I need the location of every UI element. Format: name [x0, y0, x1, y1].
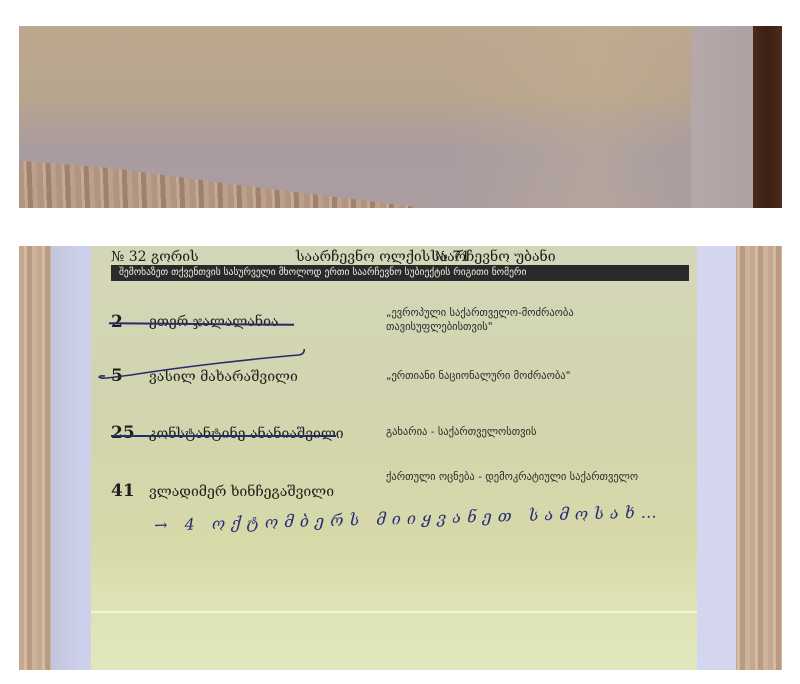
- candidate-row: 25 კონსტანტინე ანანიაშვილი გახარია - საქ…: [91, 418, 697, 458]
- instruction-bar: შემოხაზეთ თქვენთვის სასურველი მხოლოდ ერთ…: [111, 265, 689, 281]
- candidate-row: 5 ვასილ მახარაშვილი „ერთიანი ნაციონალური…: [91, 361, 697, 401]
- paper-highlight: [449, 26, 694, 208]
- district-label: № 32 გორის: [111, 249, 199, 265]
- candidate-party: გახარია - საქართველოსთვის: [386, 425, 656, 439]
- candidate-party: „ევროპული საქართველო-მოძრაობა თავისუფლებ…: [386, 306, 656, 334]
- strike-through-curve: [91, 349, 321, 389]
- candidate-row: 41 ვლადიმერ ხინჩეგაშვილი ქართული ოცნება …: [91, 468, 697, 508]
- wood-table-right: [732, 246, 782, 670]
- strike-through-line: [111, 435, 336, 437]
- candidate-number: 41: [111, 481, 135, 501]
- candidate-name: კონსტანტინე ანანიაშვილი: [149, 426, 344, 442]
- bottom-photo: № 32 გორის საარჩევნო ოლქის № 71 საარჩევნ…: [19, 246, 782, 670]
- candidate-row: 2 ეთერ ჯალალანია „ევროპული საქართველო-მო…: [91, 306, 697, 346]
- ballot-paper: № 32 გორის საარჩევნო ოლქის № 71 საარჩევნ…: [91, 246, 697, 670]
- wood-edge: [753, 26, 782, 208]
- paper-margin: [691, 26, 753, 208]
- candidate-party: „ერთიანი ნაციონალური მოძრაობა": [386, 369, 656, 383]
- wood-table-left: [19, 246, 53, 670]
- precinct-label: საარჩევნო უბანი: [431, 249, 556, 265]
- paper-fold-line: [91, 611, 697, 613]
- candidate-name: ვლადიმერ ხინჩეგაშვილი: [149, 484, 334, 500]
- top-photo: [19, 26, 782, 208]
- candidate-party: ქართული ოცნება - დემოკრატიული საქართველო: [386, 470, 656, 484]
- candidate-number: 25: [111, 423, 135, 443]
